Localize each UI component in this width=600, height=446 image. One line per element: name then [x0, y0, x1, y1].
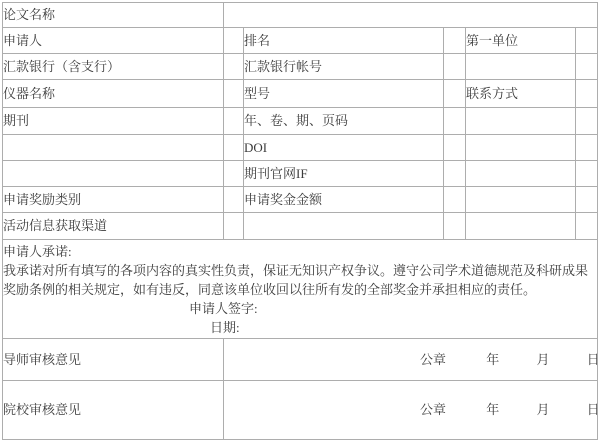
applicant-label: 申请人 [3, 28, 224, 54]
spacer-cell [444, 54, 466, 80]
spacer-cell [444, 80, 466, 108]
supervisor-stamp-line: 公章 年 月 日 [224, 352, 597, 368]
spacer-cell [444, 108, 466, 135]
spacer-cell [224, 80, 244, 108]
row-doi: DOI [3, 135, 598, 161]
school-review-label: 院校审核意见 [3, 381, 224, 440]
year-vol-issue-pages-label-cell[interactable]: 年、卷、期、页码 [244, 108, 444, 135]
spacer-cell [224, 54, 244, 80]
if-empty-cell[interactable] [466, 161, 576, 187]
year-label: 年 [486, 402, 499, 418]
bank-empty-cell[interactable] [466, 54, 576, 80]
doi-left-empty-cell [3, 135, 224, 161]
day-label: 日 [587, 352, 598, 368]
spacer-cell [444, 135, 466, 161]
remit-bank-label: 汇款银行（含支行） [3, 54, 224, 80]
ranking-label-cell[interactable]: 排名 [244, 28, 444, 54]
paper-title-label: 论文名称 [3, 3, 224, 28]
school-stamp-line: 公章 年 月 日 [224, 402, 597, 418]
award-amount-label-cell[interactable]: 申请奖金金额 [244, 187, 444, 213]
month-label: 月 [537, 402, 550, 418]
award-empty-cell-2[interactable] [576, 187, 598, 213]
spacer-cell [444, 28, 466, 54]
info-channel-label: 活动信息获取渠道 [3, 213, 224, 240]
supervisor-review-label: 导师审核意见 [3, 339, 224, 381]
pledge-cell: 申请人承诺: 我承诺对所有填写的各项内容的真实性负责，保证无知识产权争议。遵守公… [3, 240, 598, 339]
if-empty-cell-2[interactable] [576, 161, 598, 187]
row-impact-factor: 期刊官网IF [3, 161, 598, 187]
official-seal-label: 公章 [420, 352, 446, 368]
doi-label-cell[interactable]: DOI [244, 135, 444, 161]
spacer-cell [444, 187, 466, 213]
model-label-cell[interactable]: 型号 [244, 80, 444, 108]
if-left-empty-cell [3, 161, 224, 187]
spacer-cell [224, 135, 244, 161]
bank-empty-cell-2[interactable] [576, 54, 598, 80]
row-award-category: 申请奖励类别 申请奖金金额 [3, 187, 598, 213]
pledge-title: 申请人承诺: [3, 242, 597, 261]
bank-account-label-cell[interactable]: 汇款银行帐号 [244, 54, 444, 80]
day-label: 日 [587, 402, 598, 418]
contact-label-cell[interactable]: 联系方式 [466, 80, 576, 108]
row-pledge: 申请人承诺: 我承诺对所有填写的各项内容的真实性负责，保证无知识产权争议。遵守公… [3, 240, 598, 339]
spacer-cell [224, 161, 244, 187]
spacer-cell [444, 161, 466, 187]
journal-if-label-cell[interactable]: 期刊官网IF [244, 161, 444, 187]
application-form-table: 论文名称 申请人 排名 第一单位 汇款银行（含支行） 汇款银行帐号 仪器名称 型… [2, 2, 598, 440]
first-unit-label-cell[interactable]: 第一单位 [466, 28, 576, 54]
award-category-label: 申请奖励类别 [3, 187, 224, 213]
pledge-body-line1: 我承诺对所有填写的各项内容的真实性负责，保证无知识产权争议。遵守公司学术道德规范… [3, 261, 597, 280]
spacer-cell [444, 213, 466, 240]
official-seal-label: 公章 [420, 402, 446, 418]
date-label[interactable]: 日期: [210, 318, 597, 337]
row-supervisor-review: 导师审核意见 公章 年 月 日 [3, 339, 598, 381]
school-review-input-cell[interactable]: 公章 年 月 日 [224, 381, 598, 440]
row-journal: 期刊 年、卷、期、页码 [3, 108, 598, 135]
application-form: 论文名称 申请人 排名 第一单位 汇款银行（含支行） 汇款银行帐号 仪器名称 型… [2, 2, 598, 440]
month-label: 月 [537, 352, 550, 368]
doi-empty-cell-2[interactable] [576, 135, 598, 161]
spacer-cell [224, 213, 244, 240]
award-empty-cell[interactable] [466, 187, 576, 213]
applicant-signature-label[interactable]: 申请人签字: [189, 299, 597, 318]
paper-title-input-cell[interactable] [224, 3, 598, 28]
info-channel-input-cell[interactable] [244, 213, 444, 240]
info-channel-empty-cell-2[interactable] [576, 213, 598, 240]
journal-label: 期刊 [3, 108, 224, 135]
info-channel-empty-cell[interactable] [466, 213, 576, 240]
row-bank: 汇款银行（含支行） 汇款银行帐号 [3, 54, 598, 80]
journal-empty-cell[interactable] [466, 108, 576, 135]
supervisor-review-input-cell[interactable]: 公章 年 月 日 [224, 339, 598, 381]
year-label: 年 [486, 352, 499, 368]
row-school-review: 院校审核意见 公章 年 月 日 [3, 381, 598, 440]
journal-empty-cell-2[interactable] [576, 108, 598, 135]
row-applicant: 申请人 排名 第一单位 [3, 28, 598, 54]
instrument-name-label: 仪器名称 [3, 80, 224, 108]
contact-input-cell[interactable] [576, 80, 598, 108]
spacer-cell [224, 187, 244, 213]
pledge-body-line2: 奖励条例的相关规定，如有违反，同意该单位收回以往所有发的全部奖金并承担相应的责任… [3, 280, 597, 299]
row-info-channel: 活动信息获取渠道 [3, 213, 598, 240]
row-instrument: 仪器名称 型号 联系方式 [3, 80, 598, 108]
spacer-cell [224, 28, 244, 54]
spacer-cell [224, 108, 244, 135]
first-unit-input-cell[interactable] [576, 28, 598, 54]
doi-empty-cell[interactable] [466, 135, 576, 161]
row-paper-title: 论文名称 [3, 3, 598, 28]
